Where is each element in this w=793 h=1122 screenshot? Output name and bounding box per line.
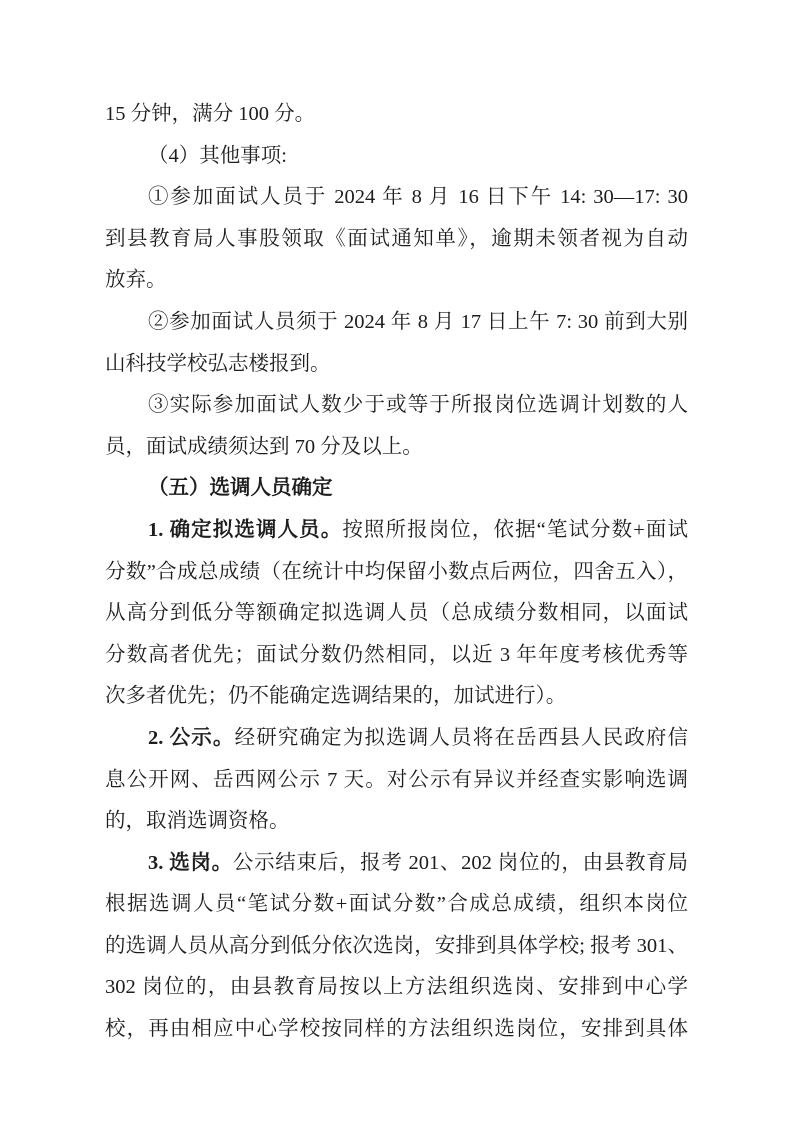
text-line: ①参加面试人员于 2024 年 8 月 16 日下午 14: 30—17: 30 (105, 177, 688, 219)
text-run: 根据选调人员“笔试分数+面试分数”合成总成绩，组织本岗位 (105, 893, 688, 915)
text-run: 公示结束后，报考 201、202 岗位的，由县教育局 (233, 852, 688, 874)
text-run: 从高分到低分等额确定拟选调人员（总成绩分数相同，以面试 (105, 602, 688, 624)
text-line: 山科技学校弘志楼报到。 (105, 344, 688, 386)
text-run: 15 分钟，满分 100 分。 (105, 103, 315, 125)
text-line: 分数”合成总成绩（在统计中均保留小数点后两位，四舍五入）， (105, 552, 688, 594)
text-line: 校，再由相应中心学校按同样的方法组织选岗位，安排到具体 (105, 1009, 688, 1051)
text-line: 3. 选岗。公示结束后，报考 201、202 岗位的，由县教育局 (105, 843, 688, 885)
text-line: ③实际参加面试人数少于或等于所报岗位选调计划数的人 (105, 385, 688, 427)
text-line: 到县教育局人事股领取《面试通知单》，逾期未领者视为自动 (105, 219, 688, 261)
bold-text-run: 3. 选岗。 (148, 852, 233, 874)
bold-text-run: 2. 公示。 (148, 727, 235, 749)
text-run: 员，面试成绩须达到 70 分及以上。 (105, 436, 423, 458)
text-line: 息公开网、岳西网公示 7 天。对公示有异议并经查实影响选调 (105, 760, 688, 802)
text-run: （4）其他事项: (148, 145, 287, 167)
bold-text-run: 1. 确定拟选调人员。 (148, 519, 342, 541)
text-line: 15 分钟，满分 100 分。 (105, 94, 688, 136)
text-run: 分数高者优先；面试分数仍然相同，以近 3 年年度考核优秀等 (105, 644, 688, 666)
text-line: 的，取消选调资格。 (105, 801, 688, 843)
text-run: 息公开网、岳西网公示 7 天。对公示有异议并经查实影响选调 (105, 769, 688, 791)
text-line: （五）选调人员确定 (105, 468, 688, 510)
text-line: 302 岗位的，由县教育局按以上方法组织选岗、安排到中心学 (105, 967, 688, 1009)
text-line: 2. 公示。经研究确定为拟选调人员将在岳西县人民政府信 (105, 718, 688, 760)
text-run: 的选调人员从高分到低分依次选岗，安排到具体学校; 报考 301、 (105, 935, 688, 957)
text-line: 放弃。 (105, 260, 688, 302)
text-run: ③实际参加面试人数少于或等于所报岗位选调计划数的人 (148, 394, 688, 416)
text-run: 到县教育局人事股领取《面试通知单》，逾期未领者视为自动 (105, 228, 688, 250)
text-line: 次多者优先；仍不能确定选调结果的，加试进行）。 (105, 676, 688, 718)
text-line: 的选调人员从高分到低分依次选岗，安排到具体学校; 报考 301、 (105, 926, 688, 968)
document-body: 15 分钟，满分 100 分。（4）其他事项:①参加面试人员于 2024 年 8… (105, 94, 688, 1051)
text-run: 的，取消选调资格。 (105, 810, 290, 832)
text-line: 员，面试成绩须达到 70 分及以上。 (105, 427, 688, 469)
text-run: 302 岗位的，由县教育局按以上方法组织选岗、安排到中心学 (105, 976, 688, 998)
text-run: 校，再由相应中心学校按同样的方法组织选岗位，安排到具体 (105, 1018, 688, 1040)
document-page: 15 分钟，满分 100 分。（4）其他事项:①参加面试人员于 2024 年 8… (0, 0, 793, 1122)
bold-text-run: （五）选调人员确定 (148, 477, 333, 499)
text-run: ②参加面试人员须于 2024 年 8 月 17 日上午 7: 30 前到大别 (148, 311, 688, 333)
text-run: 山科技学校弘志楼报到。 (105, 353, 331, 375)
text-run: 按照所报岗位，依据“笔试分数+面试 (342, 519, 688, 541)
text-line: ②参加面试人员须于 2024 年 8 月 17 日上午 7: 30 前到大别 (105, 302, 688, 344)
text-line: 从高分到低分等额确定拟选调人员（总成绩分数相同，以面试 (105, 593, 688, 635)
text-line: 分数高者优先；面试分数仍然相同，以近 3 年年度考核优秀等 (105, 635, 688, 677)
text-run: 分数”合成总成绩（在统计中均保留小数点后两位，四舍五入）， (105, 561, 688, 583)
text-run: 经研究确定为拟选调人员将在岳西县人民政府信 (235, 727, 688, 749)
text-line: 根据选调人员“笔试分数+面试分数”合成总成绩，组织本岗位 (105, 884, 688, 926)
text-run: 次多者优先；仍不能确定选调结果的，加试进行）。 (105, 685, 566, 707)
text-run: ①参加面试人员于 2024 年 8 月 16 日下午 14: 30—17: 30 (148, 186, 688, 208)
text-line: （4）其他事项: (105, 136, 688, 178)
text-line: 1. 确定拟选调人员。按照所报岗位，依据“笔试分数+面试 (105, 510, 688, 552)
text-run: 放弃。 (105, 269, 167, 291)
